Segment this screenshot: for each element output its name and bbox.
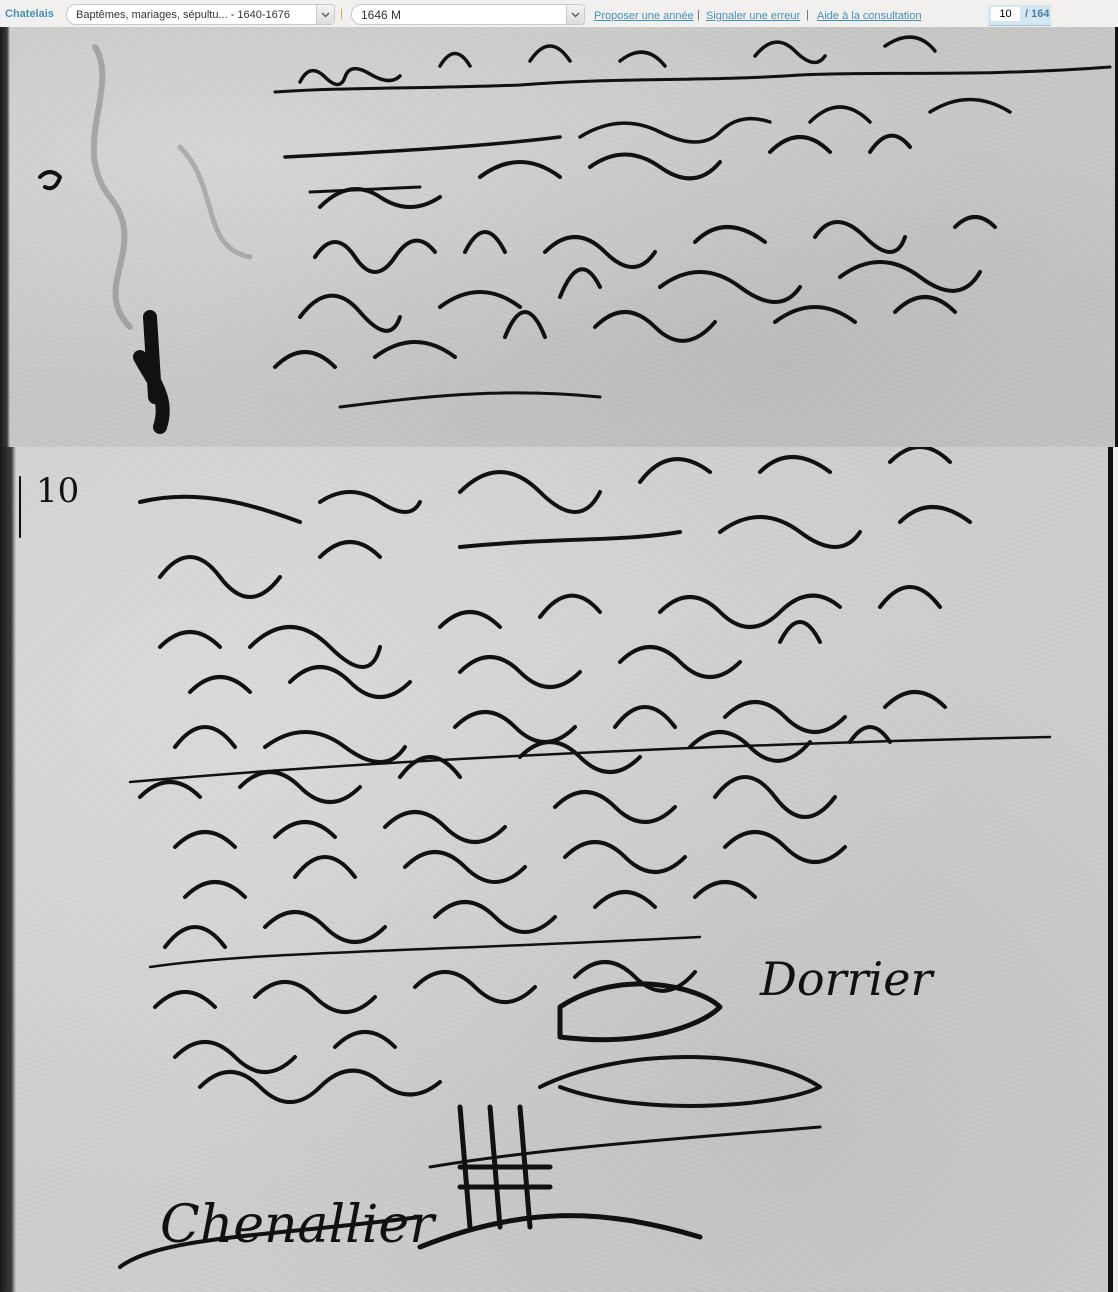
year-select[interactable]: 1646 M [351, 4, 585, 25]
help-link[interactable]: Aide à la consultation [817, 10, 922, 22]
chevron-down-icon[interactable] [566, 5, 584, 24]
commune-name: Chatelais [5, 8, 54, 20]
viewer-toolbar: Chatelais Baptêmes, mariages, sépultu...… [0, 0, 1118, 27]
year-select-value: 1646 M [361, 8, 401, 22]
report-error-link[interactable]: Signaler une erreur [706, 10, 800, 22]
page-total: / 164 [1025, 8, 1049, 20]
handwriting-strokes: 10 Dorrier Chenallier [0, 447, 1113, 1292]
register-select-value: Baptêmes, mariages, sépultu... - 1640-16… [76, 9, 290, 21]
page-navigator: / 164 [988, 5, 1051, 26]
document-scan-tile-bottom[interactable]: 10 Dorrier Chenallier [0, 447, 1113, 1292]
chevron-down-icon[interactable] [316, 5, 334, 24]
link-separator: | [697, 9, 700, 21]
signature-chenallier: Chenallier [160, 1195, 437, 1255]
page-number-input[interactable] [991, 7, 1020, 21]
margin-page-number: 10 [36, 471, 79, 511]
propose-year-link[interactable]: Proposer une année [594, 10, 694, 22]
signature-dorrier: Dorrier [759, 952, 935, 1006]
link-separator: | [806, 9, 809, 21]
document-scan-tile-top[interactable] [0, 27, 1118, 447]
handwriting-strokes [0, 27, 1118, 447]
separator: | [340, 8, 343, 20]
register-select[interactable]: Baptêmes, mariages, sépultu... - 1640-16… [66, 4, 335, 25]
